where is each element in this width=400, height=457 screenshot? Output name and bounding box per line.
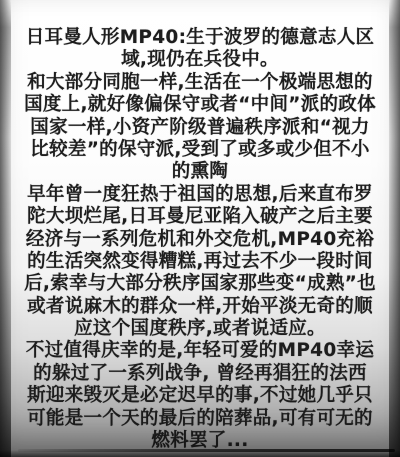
text-line: 早年曾一度狂热于祖国的思想,后来直布罗 [13, 184, 387, 206]
text-line: 经济与一系列危机和外交危机,MP40充裕 [13, 229, 387, 251]
text-line: 和大部分同胞一样,生活在一个极端思想的 [13, 72, 387, 94]
left-edge-shadow [0, 0, 11, 457]
text-line: 的生活突然变得糟糕,再过去不少一段时间 [13, 251, 387, 273]
text-line: 斯迎来毁灭是必定迟早的事,不过她几乎只 [13, 385, 387, 407]
text-line: 国度上,就好像偏保守或者“中间”派的政体 [13, 94, 387, 116]
text-line: 不过值得庆幸的是,年轻可爱的MP40幸运 [13, 340, 387, 362]
text-line: 比较差”的保守派,受到了或多或少但不小 [13, 139, 387, 161]
text-photo-screenshot: 日耳曼人形MP40:生于波罗的德意志人区 域,现仍在兵役中。 和大部分同胞一样,… [0, 0, 400, 457]
text-line: 国家一样,小资产阶级普遍秩序派和“视力 [13, 117, 387, 139]
text-passage: 日耳曼人形MP40:生于波罗的德意志人区 域,现仍在兵役中。 和大部分同胞一样,… [13, 27, 387, 452]
text-line: 可能是一个天的最后的陪葬品,可有可无的 [13, 408, 387, 430]
text-line: 的熏陶 [13, 161, 387, 183]
text-line: 陀大坝烂尾,日耳曼尼亚陷入破产之后主要 [13, 206, 387, 228]
bottom-divider-line [18, 449, 395, 452]
text-line: 后,索幸与大部分秩序国家那些变“成熟”也 [13, 273, 387, 295]
text-line: 或者说麻木的群众一样,开始平淡无奇的顺 [13, 296, 387, 318]
text-line: 应这个国度秩序,或者说适应。 [13, 318, 387, 340]
text-line: 日耳曼人形MP40:生于波罗的德意志人区 [13, 27, 387, 49]
text-line: 域,现仍在兵役中。 [13, 49, 387, 71]
text-line: 的躲过了一系列战争, 曾经再猖狂的法西 [13, 363, 387, 385]
right-edge-shadow [389, 0, 400, 457]
